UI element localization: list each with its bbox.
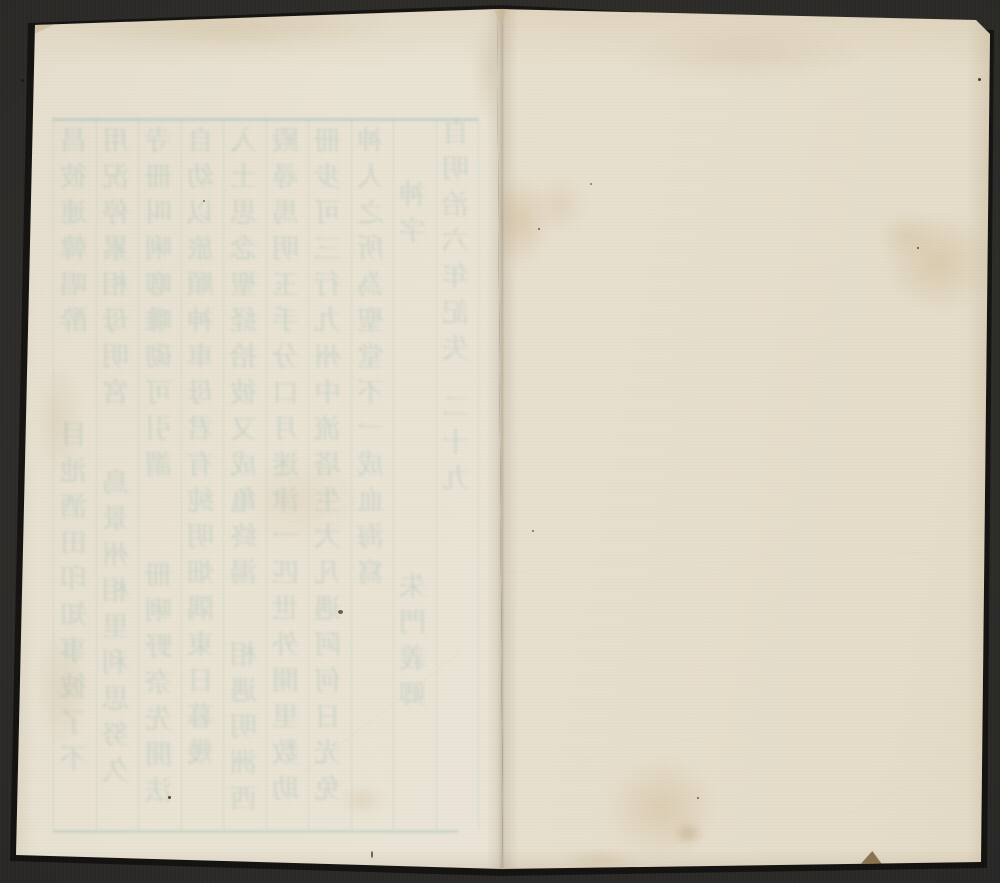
bleedthrough-column-rule — [266, 118, 267, 830]
bleedthrough-text-column: 冊步可三行九州中流塔生大凡遇阿何日光免 — [314, 126, 348, 810]
dust-speck — [532, 530, 534, 532]
bleedthrough-column-rule — [478, 118, 479, 830]
dust-speck — [917, 247, 919, 249]
foxing-stain — [674, 822, 702, 844]
bleedthrough-text-column: 鳥景州相里利思努久 — [102, 468, 136, 792]
dust-speck — [203, 200, 205, 202]
bleedthrough-text-column: 昌彼連韓唱酔 — [60, 126, 94, 342]
foxing-stain — [60, 2, 400, 54]
bleedthrough-column-rule — [351, 118, 352, 830]
bleedthrough-column-rule — [223, 118, 224, 830]
dust-speck — [21, 79, 24, 82]
paper-crease — [939, 30, 988, 81]
bleedthrough-column-rule — [138, 118, 139, 830]
bleedthrough-text-column: 二十九 — [442, 392, 476, 500]
bleedthrough-text-column: 冊唎野奈先開法 — [145, 560, 179, 812]
bleedthrough-text-column: 寺冊叫唎喞囃砌可引謂 — [145, 126, 179, 486]
bleedthrough-text-column: 自幼以旅順神車母君有純明畑隅東日暮幾 — [187, 126, 221, 774]
dust-speck — [168, 796, 171, 799]
foxing-stain — [490, 172, 550, 268]
bleedthrough-column-rule — [181, 118, 182, 830]
foxing-stain — [875, 210, 935, 260]
foxing-stain — [604, 756, 720, 860]
dust-speck — [371, 851, 373, 858]
photo-backdrop: 自明治六年記失二十九神字朱門義卿神人之所為聖堂不一成血海寫冊步可三行九州中流塔生… — [0, 0, 1000, 883]
bleedthrough-text-column: 神字 — [399, 180, 433, 252]
bleedthrough-frame-bottom-line — [53, 830, 458, 833]
bleedthrough-text-column: 相遇明洲西 — [230, 640, 264, 820]
dust-speck — [978, 78, 981, 81]
dust-speck — [538, 228, 540, 230]
bleedthrough-column-rule — [436, 118, 437, 830]
foxing-stain — [883, 212, 993, 312]
bleedthrough-text-column: 目池酒田印知事彼了不 — [60, 420, 94, 780]
bleedthrough-column-rule — [308, 118, 309, 830]
bleedthrough-column-rule — [53, 118, 54, 830]
bleedthrough-column-rule — [96, 118, 97, 830]
bleedthrough-text-column: 神人之所為聖堂不一成血海寫 — [357, 126, 391, 594]
dust-speck — [590, 183, 592, 185]
dust-speck — [697, 797, 699, 799]
paper-crease — [505, 548, 985, 572]
foxing-stain — [625, 25, 865, 85]
bleedthrough-text-column: 用況停累相母明宮 — [102, 126, 136, 414]
foxing-stain — [534, 175, 586, 235]
paper-crease — [700, 745, 991, 882]
bleedthrough-text-column: 自明治六年記失 — [442, 118, 476, 370]
paper-crease — [575, 735, 700, 762]
dust-speck — [338, 610, 343, 614]
bleedthrough-text-column: 入土思念聖経拾彼又成亀終湯 — [230, 126, 264, 594]
bleedthrough-column-rule — [393, 118, 394, 830]
bleedthrough-text-column: 殿尋馬明玉手分口月迷津一匹世外開里数助 — [272, 126, 306, 810]
